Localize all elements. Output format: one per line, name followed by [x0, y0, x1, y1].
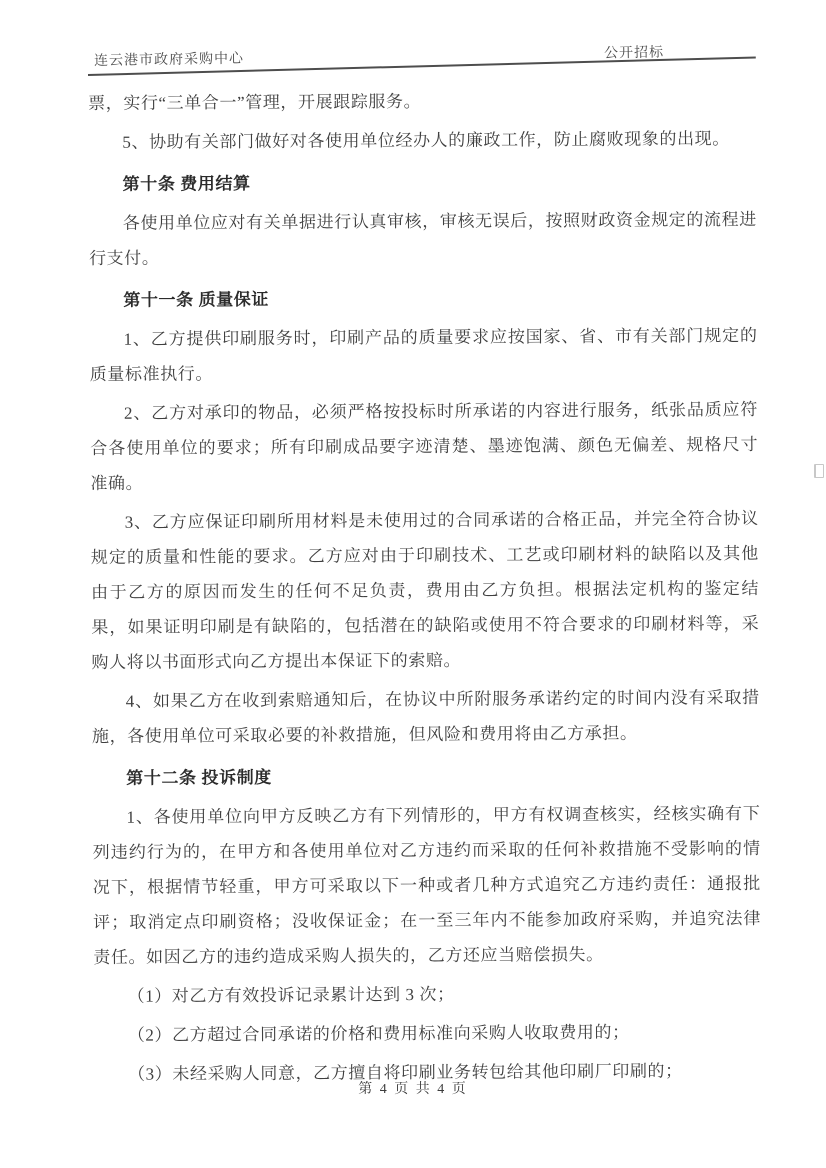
body-paragraph: 3、乙方应保证印刷所用材料是未使用过的合同承诺的合格正品，并完全符合协议规定的质…	[91, 501, 760, 680]
section-heading: 第十条 费用结算	[88, 163, 756, 202]
list-item: （2）乙方超过合同承诺的价格和费用标准向采购人收取费用的；	[94, 1014, 762, 1053]
list-item: （1）对乙方有效投诉记录累计达到 3 次；	[93, 975, 761, 1014]
page-number-label: 第 4 页 共 4 页	[0, 1078, 826, 1098]
header-org-name: 连云港市政府采购中心	[94, 48, 244, 70]
body-paragraph: 5、协助有关部门做好对各使用单位经办人的廉政工作，防止腐败现象的出现。	[88, 121, 756, 160]
body-paragraph: 1、各使用单位向甲方反映乙方有下列情形的，甲方有权调查核实，经核实确有下列违约行…	[92, 796, 761, 975]
section-heading: 第十二条 投诉制度	[92, 757, 760, 796]
body-paragraph: 2、乙方对承印的物品，必须严格按投标时所承诺的内容进行服务，纸张品质应符合各使用…	[90, 392, 759, 501]
document-body: 票，实行“三单合一”管理，开展跟踪服务。 5、协助有关部门做好对各使用单位经办人…	[88, 82, 762, 1092]
body-paragraph: 各使用单位应对有关单据进行认真审核，审核无误后，按照财政资金规定的流程进行支付。	[89, 202, 757, 276]
body-paragraph: 4、如果乙方在收到索赔通知后，在协议中所附服务承诺约定的时间内没有采取措施，各使…	[92, 680, 760, 754]
scan-artifact-mark	[814, 464, 824, 478]
section-heading: 第十一条 质量保证	[89, 279, 757, 318]
body-paragraph: 票，实行“三单合一”管理，开展跟踪服务。	[88, 82, 756, 121]
body-paragraph: 1、乙方提供印刷服务时，印刷产品的质量要求应按国家、省、市有关部门规定的质量标准…	[89, 318, 757, 392]
scanned-document-page: 连云港市政府采购中心 公开招标 票，实行“三单合一”管理，开展跟踪服务。 5、协…	[0, 0, 826, 1168]
